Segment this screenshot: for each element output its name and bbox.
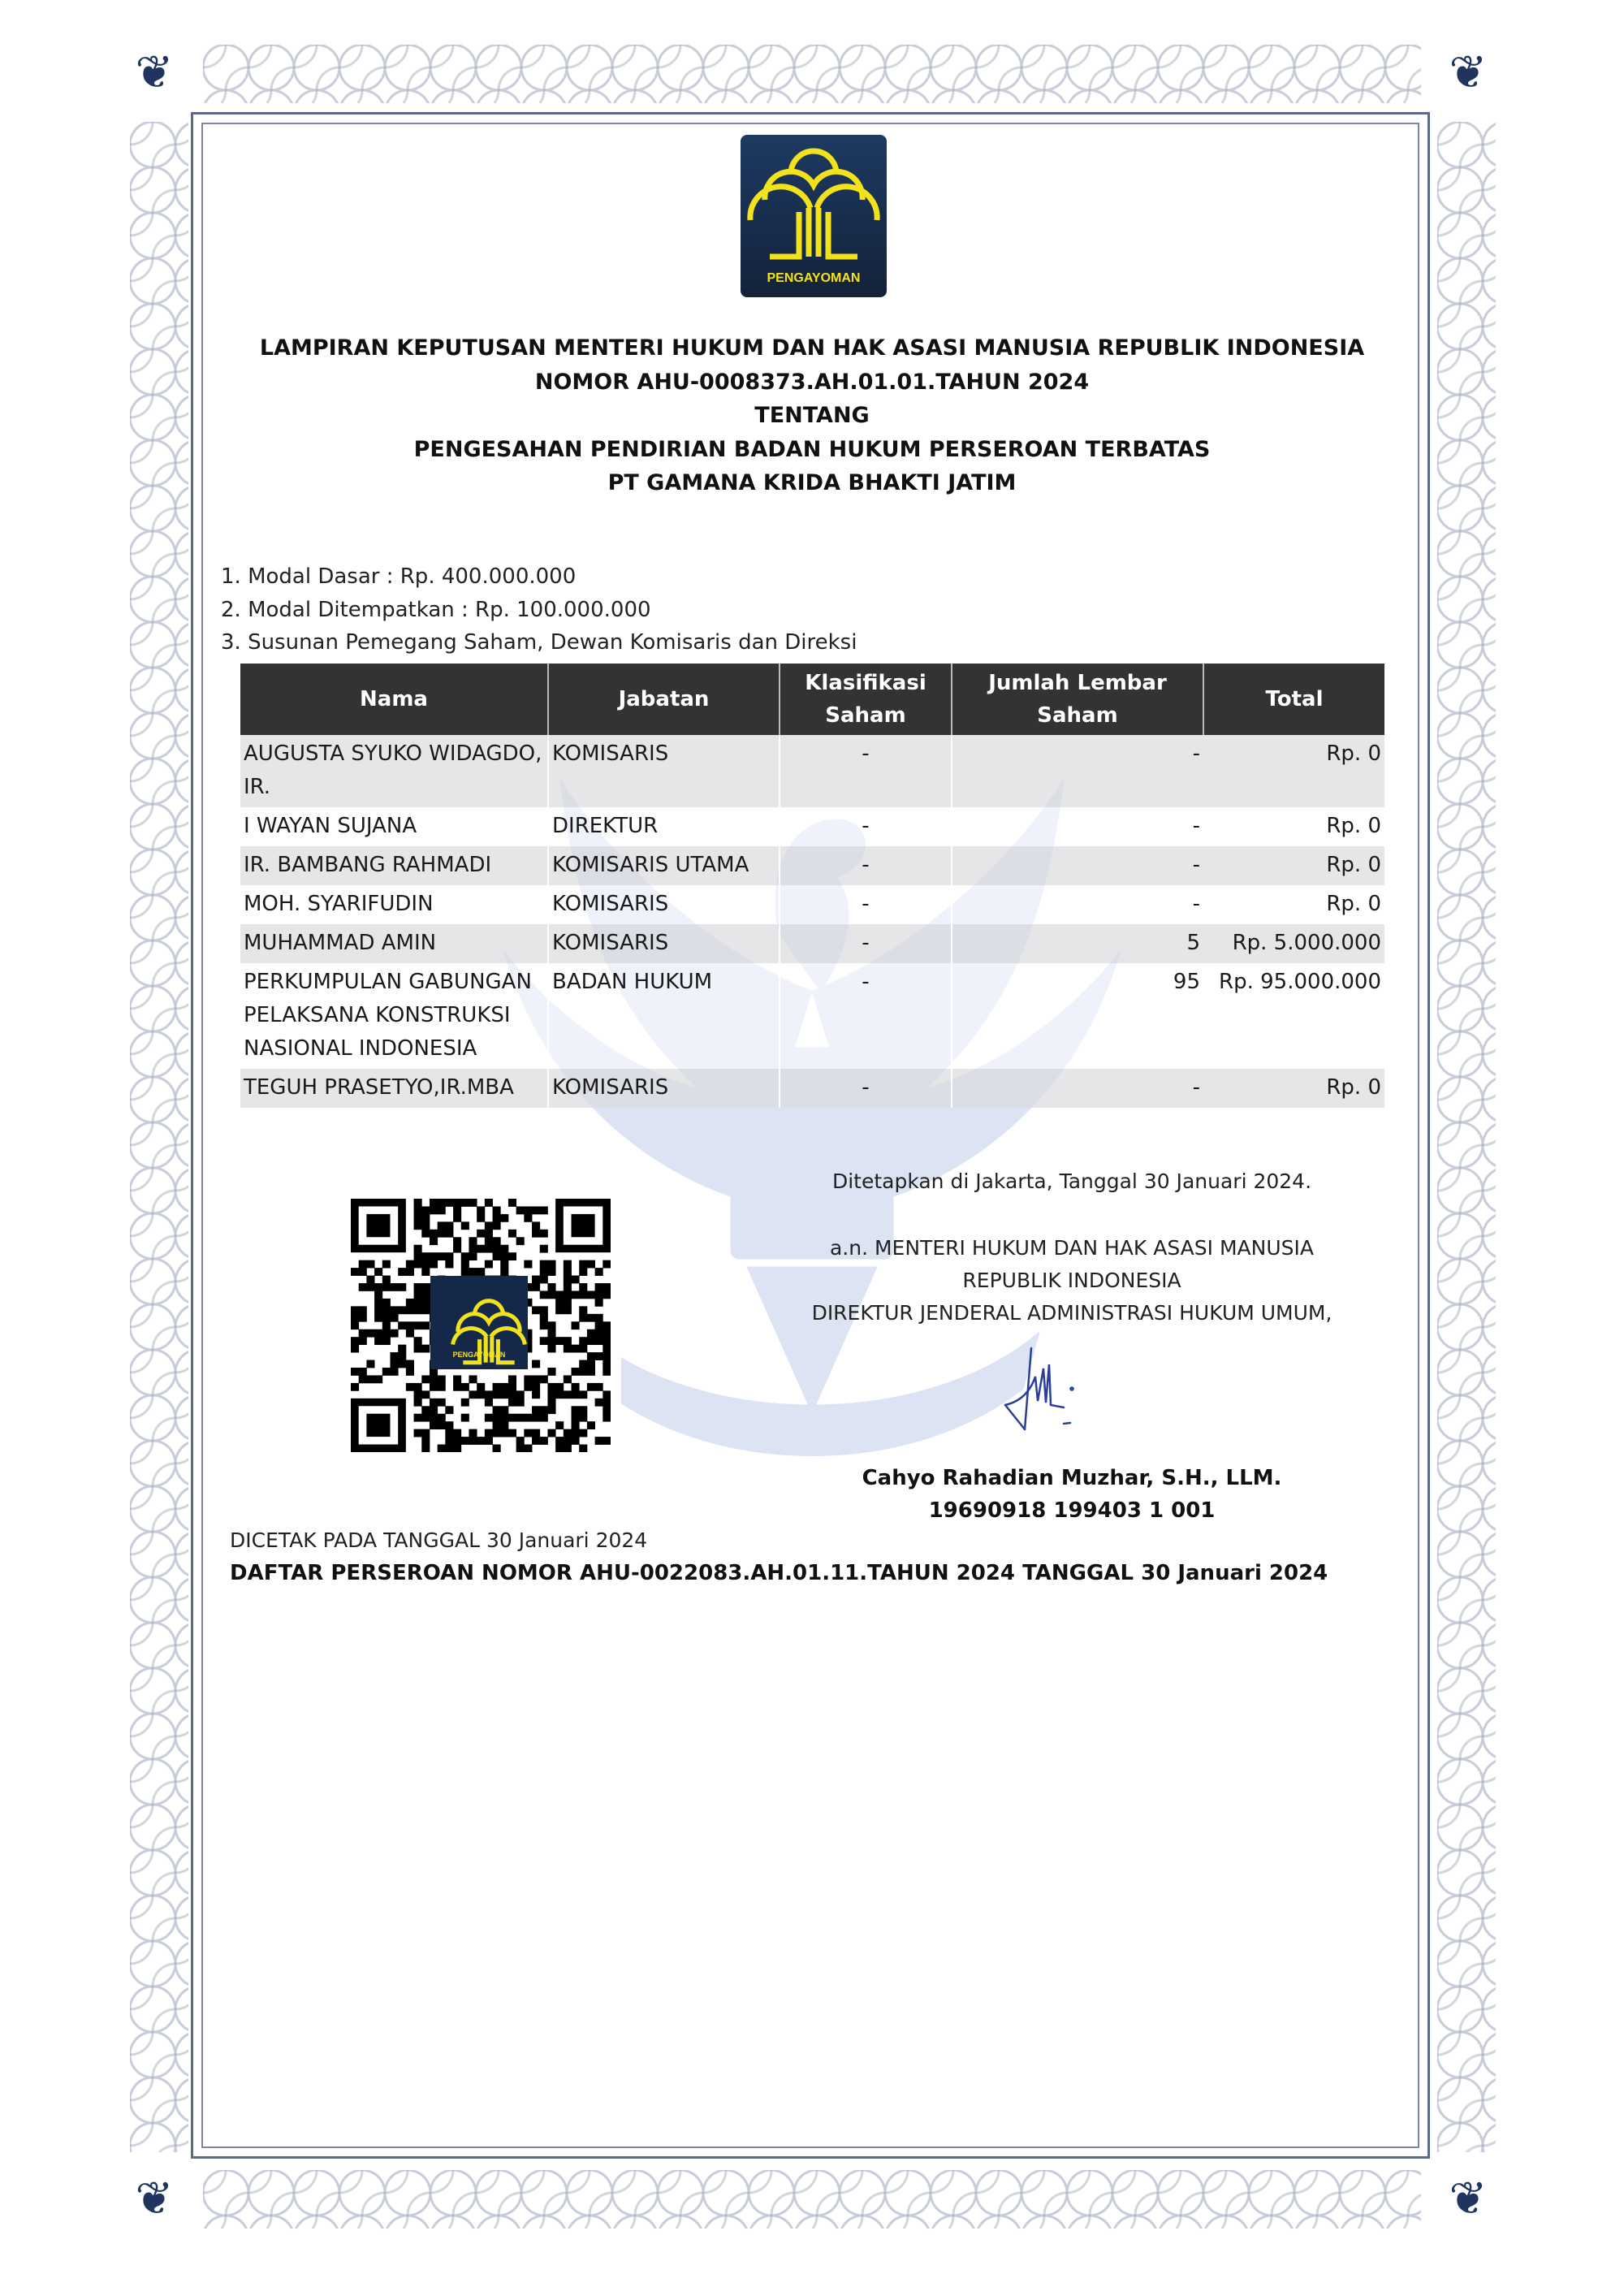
cell-jabatan: KOMISARIS bbox=[548, 1069, 780, 1108]
cell-total: Rp. 0 bbox=[1203, 1069, 1384, 1108]
title-line: PENGESAHAN PENDIRIAN BADAN HUKUM PERSERO… bbox=[211, 433, 1413, 467]
cell-jabatan: KOMISARIS bbox=[548, 885, 780, 924]
logo-label: PENGAYOMAN bbox=[741, 271, 887, 286]
table-row: I WAYAN SUJANADIREKTUR--Rp. 0 bbox=[240, 807, 1384, 846]
cell-jumlah: - bbox=[952, 885, 1203, 924]
cell-total: Rp. 0 bbox=[1203, 846, 1384, 885]
table-row: TEGUH PRASETYO,IR.MBAKOMISARIS--Rp. 0 bbox=[240, 1069, 1384, 1108]
table-row: MOH. SYARIFUDINKOMISARIS--Rp. 0 bbox=[240, 885, 1384, 924]
cell-nama: TEGUH PRASETYO,IR.MBA bbox=[240, 1069, 548, 1108]
qr-code: PENGAYOMAN bbox=[341, 1184, 621, 1464]
capital-list: 1. Modal Dasar : Rp. 400.000.000 2. Moda… bbox=[221, 560, 857, 659]
fleur-corner-icon: ❦ bbox=[130, 49, 179, 97]
signature-icon bbox=[999, 1344, 1096, 1442]
pengayoman-tree-icon bbox=[741, 135, 887, 273]
cell-nama: IR. BAMBANG RAHMADI bbox=[240, 846, 548, 885]
cell-jumlah: 95 bbox=[952, 963, 1203, 1069]
pengayoman-logo: PENGAYOMAN bbox=[741, 135, 887, 297]
cell-nama: MUHAMMAD AMIN bbox=[240, 924, 548, 963]
cell-total: Rp. 5.000.000 bbox=[1203, 924, 1384, 963]
title-line: TENTANG bbox=[211, 399, 1413, 433]
cell-jabatan: KOMISARIS UTAMA bbox=[548, 846, 780, 885]
cell-klasifikasi: - bbox=[780, 807, 952, 846]
fleur-corner-icon: ❦ bbox=[1444, 49, 1492, 97]
table-row: PERKUMPULAN GABUNGAN PELAKSANA KONSTRUKS… bbox=[240, 963, 1384, 1069]
table-row: IR. BAMBANG RAHMADIKOMISARIS UTAMA--Rp. … bbox=[240, 846, 1384, 885]
cell-jabatan: KOMISARIS bbox=[548, 735, 780, 807]
column-header-nama: Nama bbox=[240, 664, 548, 735]
column-header-jumlah: Jumlah Lembar Saham bbox=[952, 664, 1203, 735]
decorative-border-bottom bbox=[203, 2170, 1421, 2229]
table-row: MUHAMMAD AMINKOMISARIS-5Rp. 5.000.000 bbox=[240, 924, 1384, 963]
cell-total: Rp. 0 bbox=[1203, 807, 1384, 846]
decree-number: NOMOR AHU-0008373.AH.01.01.TAHUN 2024 bbox=[211, 365, 1413, 400]
signatory-name: Cahyo Rahadian Muzhar, S.H., LLM. bbox=[763, 1466, 1380, 1490]
cell-jabatan: KOMISARIS bbox=[548, 924, 780, 963]
cell-jumlah: 5 bbox=[952, 924, 1203, 963]
cell-nama: I WAYAN SUJANA bbox=[240, 807, 548, 846]
cell-total: Rp. 0 bbox=[1203, 735, 1384, 807]
fleur-corner-icon: ❦ bbox=[1444, 2175, 1492, 2224]
cell-nama: PERKUMPULAN GABUNGAN PELAKSANA KONSTRUKS… bbox=[240, 963, 548, 1069]
company-name: PT GAMANA KRIDA BHAKTI JATIM bbox=[211, 466, 1413, 500]
cell-klasifikasi: - bbox=[780, 1069, 952, 1108]
shareholders-table: Nama Jabatan Klasifikasi Saham Jumlah Le… bbox=[240, 664, 1384, 1108]
company-registry-number: DAFTAR PERSEROAN NOMOR AHU-0022083.AH.01… bbox=[230, 1561, 1328, 1585]
title-line: LAMPIRAN KEPUTUSAN MENTERI HUKUM DAN HAK… bbox=[211, 331, 1413, 365]
cell-klasifikasi: - bbox=[780, 924, 952, 963]
signatory-position: DIREKTUR JENDERAL ADMINISTRASI HUKUM UMU… bbox=[763, 1301, 1380, 1325]
signatory-nip: 19690918 199403 1 001 bbox=[763, 1498, 1380, 1523]
decorative-border-right bbox=[1437, 122, 1496, 2152]
document-title: LAMPIRAN KEPUTUSAN MENTERI HUKUM DAN HAK… bbox=[211, 331, 1413, 500]
column-header-jabatan: Jabatan bbox=[548, 664, 780, 735]
decorative-border-top bbox=[203, 45, 1421, 103]
column-header-total: Total bbox=[1203, 664, 1384, 735]
qr-logo-label: PENGAYOMAN bbox=[430, 1351, 528, 1359]
cell-total: Rp. 95.000.000 bbox=[1203, 963, 1384, 1069]
on-behalf-line: REPUBLIK INDONESIA bbox=[763, 1269, 1380, 1292]
cell-nama: MOH. SYARIFUDIN bbox=[240, 885, 548, 924]
list-item: 2. Modal Ditempatkan : Rp. 100.000.000 bbox=[221, 594, 857, 627]
cell-klasifikasi: - bbox=[780, 963, 952, 1069]
decorative-border-left bbox=[130, 122, 188, 2152]
list-item: 3. Susunan Pemegang Saham, Dewan Komisar… bbox=[221, 626, 857, 659]
qr-center-logo: PENGAYOMAN bbox=[430, 1276, 528, 1369]
printed-date: DICETAK PADA TANGGAL 30 Januari 2024 bbox=[230, 1528, 647, 1552]
column-header-klasifikasi: Klasifikasi Saham bbox=[780, 664, 952, 735]
table-row: AUGUSTA SYUKO WIDAGDO, IR.KOMISARIS--Rp.… bbox=[240, 735, 1384, 807]
cell-klasifikasi: - bbox=[780, 735, 952, 807]
cell-jumlah: - bbox=[952, 735, 1203, 807]
fleur-corner-icon: ❦ bbox=[130, 2175, 179, 2224]
list-item: 1. Modal Dasar : Rp. 400.000.000 bbox=[221, 560, 857, 594]
cell-jumlah: - bbox=[952, 846, 1203, 885]
cell-klasifikasi: - bbox=[780, 885, 952, 924]
cell-jabatan: DIREKTUR bbox=[548, 807, 780, 846]
on-behalf-line: a.n. MENTERI HUKUM DAN HAK ASASI MANUSIA bbox=[763, 1236, 1380, 1260]
cell-total: Rp. 0 bbox=[1203, 885, 1384, 924]
cell-jumlah: - bbox=[952, 1069, 1203, 1108]
cell-nama: AUGUSTA SYUKO WIDAGDO, IR. bbox=[240, 735, 548, 807]
cell-jabatan: BADAN HUKUM bbox=[548, 963, 780, 1069]
cell-klasifikasi: - bbox=[780, 846, 952, 885]
cell-jumlah: - bbox=[952, 807, 1203, 846]
enactment-place-date: Ditetapkan di Jakarta, Tanggal 30 Januar… bbox=[763, 1169, 1380, 1193]
